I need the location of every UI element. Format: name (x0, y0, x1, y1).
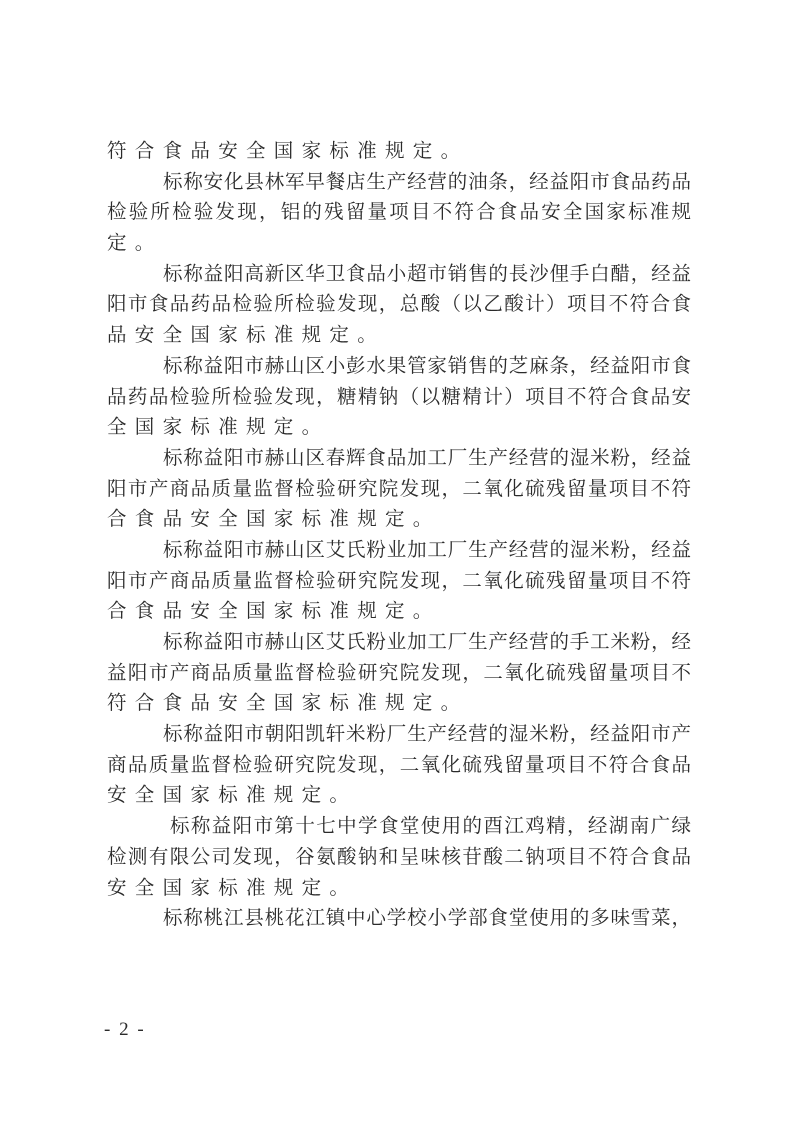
text-line: 阳市产商品质量监督检验研究院发现，二氧化硫残留量项目不符 (107, 566, 691, 597)
text-line: 合食品安全国家标准规定。 (107, 596, 691, 627)
text-line: 标称桃江县桃花江镇中心学校小学部食堂使用的多味雪菜， (107, 903, 691, 934)
text-line: 标称益阳市第十七中学食堂使用的酉江鸡精，经湖南广绿 (107, 811, 691, 842)
text-line: 标称益阳高新区华卫食品小超市销售的長沙俚手白醋，经益 (107, 259, 691, 290)
text-line: 安全国家标准规定。 (107, 873, 691, 904)
paragraph-kaixuan-rice-noodles: 标称益阳市朝阳凯轩米粉厂生产经营的湿米粉，经益阳市产 商品质量监督检验研究院发现… (107, 719, 691, 811)
document-page: 符合食品安全国家标准规定。 标称安化县林军早餐店生产经营的油条，经益阳市食品药品… (0, 0, 793, 1122)
text-line: 益阳市产商品质量监督检验研究院发现，二氧化硫残留量项目不 (107, 658, 691, 689)
text-line: 品药品检验所检验发现，糖精钠（以糖精计）项目不符合食品安 (107, 382, 691, 413)
text-line: 定。 (107, 228, 691, 259)
paragraph-continuation: 符合食品安全国家标准规定。 (107, 136, 691, 167)
text-line: 安全国家标准规定。 (107, 780, 691, 811)
text-line: 符合食品安全国家标准规定。 (107, 136, 691, 167)
text-line: 阳市产商品质量监督检验研究院发现，二氧化硫残留量项目不符 (107, 474, 691, 505)
text-line: 标称安化县林军早餐店生产经营的油条，经益阳市食品药品 (107, 167, 691, 198)
page-number: - 2 - (104, 1019, 146, 1041)
text-line: 符合食品安全国家标准规定。 (107, 688, 691, 719)
paragraph-chicken-essence: 标称益阳市第十七中学食堂使用的酉江鸡精，经湖南广绿 检测有限公司发现，谷氨酸钠和… (107, 811, 691, 903)
text-line: 检验所检验发现，铝的残留量项目不符合食品安全国家标准规 (107, 197, 691, 228)
paragraph-sesame-strips: 标称益阳市赫山区小彭水果管家销售的芝麻条，经益阳市食 品药品检验所检验发现，糖精… (107, 351, 691, 443)
text-line: 检测有限公司发现，谷氨酸钠和呈味核苷酸二钠项目不符合食品 (107, 842, 691, 873)
text-line: 品安全国家标准规定。 (107, 320, 691, 351)
text-line: 标称益阳市赫山区艾氏粉业加工厂生产经营的手工米粉，经 (107, 627, 691, 658)
text-line: 合食品安全国家标准规定。 (107, 504, 691, 535)
paragraph-white-vinegar: 标称益阳高新区华卫食品小超市销售的長沙俚手白醋，经益 阳市食品药品检验所检验发现… (107, 259, 691, 351)
text-line: 全国家标准规定。 (107, 412, 691, 443)
text-line: 标称益阳市赫山区春辉食品加工厂生产经营的湿米粉，经益 (107, 443, 691, 474)
text-line: 标称益阳市赫山区艾氏粉业加工厂生产经营的湿米粉，经益 (107, 535, 691, 566)
paragraph-aishi-wet-rice-noodles: 标称益阳市赫山区艾氏粉业加工厂生产经营的湿米粉，经益 阳市产商品质量监督检验研究… (107, 535, 691, 627)
text-line: 标称益阳市赫山区小彭水果管家销售的芝麻条，经益阳市食 (107, 351, 691, 382)
text-line: 标称益阳市朝阳凯轩米粉厂生产经营的湿米粉，经益阳市产 (107, 719, 691, 750)
body-text: 符合食品安全国家标准规定。 标称安化县林军早餐店生产经营的油条，经益阳市食品药品… (107, 136, 691, 934)
text-line: 阳市食品药品检验所检验发现，总酸（以乙酸计）项目不符合食 (107, 289, 691, 320)
paragraph-pickled-vegetables: 标称桃江县桃花江镇中心学校小学部食堂使用的多味雪菜， (107, 903, 691, 934)
paragraph-chunhui-rice-noodles: 标称益阳市赫山区春辉食品加工厂生产经营的湿米粉，经益 阳市产商品质量监督检验研究… (107, 443, 691, 535)
text-line: 商品质量监督检验研究院发现，二氧化硫残留量项目不符合食品 (107, 750, 691, 781)
paragraph-youtiao: 标称安化县林军早餐店生产经营的油条，经益阳市食品药品 检验所检验发现，铝的残留量… (107, 167, 691, 259)
paragraph-aishi-handmade-rice-noodles: 标称益阳市赫山区艾氏粉业加工厂生产经营的手工米粉，经 益阳市产商品质量监督检验研… (107, 627, 691, 719)
